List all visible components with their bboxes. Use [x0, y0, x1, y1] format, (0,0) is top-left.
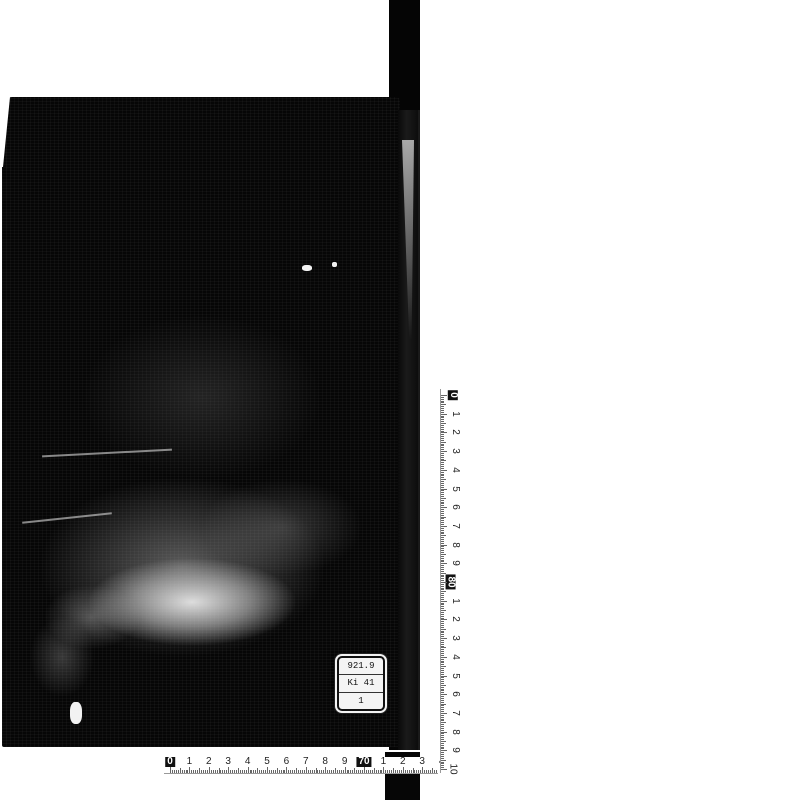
ruler-tick — [356, 770, 357, 773]
ruler-tick — [441, 445, 444, 446]
ruler-tick — [424, 770, 425, 773]
ruler-tick — [250, 770, 251, 773]
ruler-tick — [441, 453, 444, 454]
ruler-tick — [441, 601, 447, 602]
ruler-tick — [180, 768, 181, 773]
ruler-number: 7 — [450, 710, 460, 716]
ruler-tick — [441, 580, 444, 581]
ruler-tick — [436, 770, 437, 773]
ruler-tick — [335, 768, 336, 773]
ruler-tick — [441, 719, 444, 720]
ruler-tick — [441, 567, 444, 568]
ruler-tick — [441, 444, 444, 445]
ruler-tick — [441, 496, 444, 497]
ruler-tick — [441, 767, 444, 768]
ruler-tick — [441, 556, 444, 557]
ruler-tick — [441, 676, 447, 677]
ruler-tick — [186, 770, 187, 773]
ruler-tick — [405, 770, 406, 773]
ruler-tick — [441, 737, 444, 738]
ruler-tick — [441, 552, 444, 553]
ruler-tick — [271, 770, 272, 773]
ruler-tick — [201, 770, 202, 773]
ruler-tick — [441, 449, 444, 450]
book-cover — [2, 97, 400, 747]
ruler-tick — [284, 770, 285, 773]
ruler-tick — [430, 770, 431, 773]
ruler-tick — [182, 770, 183, 773]
ruler-tick — [275, 770, 276, 773]
ruler-tick — [441, 475, 444, 476]
ruler-tick — [441, 589, 444, 590]
call-number-label: 921.9 Ki 41 1 — [337, 656, 385, 711]
ruler-tick — [441, 477, 444, 478]
ruler-tick — [337, 770, 338, 773]
ruler-tick — [203, 770, 204, 773]
ruler-number: 8 — [450, 729, 460, 735]
ruler-number: 10 — [447, 763, 457, 774]
ruler-tick — [441, 631, 444, 632]
ruler-tick — [441, 569, 444, 570]
ruler-tick — [213, 770, 214, 773]
ruler-tick — [441, 606, 444, 607]
ruler-tick — [441, 595, 444, 596]
ruler-tick — [441, 503, 444, 504]
ruler-tick — [441, 683, 444, 684]
ruler-tick — [441, 672, 444, 673]
ruler-tick — [341, 770, 342, 773]
ruler-tick — [308, 770, 309, 773]
ruler-tick — [360, 770, 361, 773]
ruler-tick — [441, 634, 444, 635]
ruler-number: 4 — [450, 654, 460, 660]
ruler-tick — [441, 670, 444, 671]
ruler-tick — [441, 664, 444, 665]
ruler-tick — [302, 770, 303, 773]
ruler-tick — [441, 479, 446, 480]
ruler-number: 6 — [284, 757, 290, 767]
ruler-tick — [279, 770, 280, 773]
ruler-tick — [376, 770, 377, 773]
ruler-tick — [441, 528, 444, 529]
ruler-tick — [441, 625, 444, 626]
ruler-tick — [339, 770, 340, 773]
ruler-tick — [191, 770, 192, 773]
ruler-number: 8 — [322, 757, 328, 767]
ruler-tick — [418, 770, 419, 773]
ruler-tick — [242, 770, 243, 773]
ruler-tick — [441, 582, 447, 583]
ruler-tick — [441, 597, 444, 598]
ruler-tick — [441, 674, 444, 675]
ruler-number: 4 — [450, 467, 460, 473]
ruler-tick — [215, 770, 216, 773]
ruler-tick — [441, 546, 444, 547]
ruler-tick — [441, 750, 447, 751]
ruler-tick — [199, 768, 200, 773]
label-line-volume: 1 — [339, 693, 383, 709]
ruler-tick — [441, 689, 444, 690]
ruler-tick — [174, 770, 175, 773]
ruler-tick — [441, 533, 444, 534]
ruler-tick — [288, 770, 289, 773]
ruler-tick — [441, 401, 444, 402]
ruler-number: 9 — [450, 748, 460, 754]
ruler-tick — [172, 770, 173, 773]
ruler-tick — [441, 720, 444, 721]
ruler-tick — [265, 770, 266, 773]
ruler-tick — [441, 502, 444, 503]
ruler-tick — [441, 653, 444, 654]
ruler-tick — [441, 490, 444, 491]
ruler-tick — [347, 770, 348, 773]
ruler-tick — [189, 767, 190, 773]
ruler-tick — [246, 770, 247, 773]
ruler-tick — [220, 770, 221, 773]
ruler-tick — [428, 770, 429, 773]
ruler-tick — [441, 520, 444, 521]
ruler-tick — [441, 436, 444, 437]
ruler-tick — [441, 481, 444, 482]
label-line-author: Ki 41 — [339, 675, 383, 692]
ruler-tick — [306, 767, 307, 773]
ruler-tick — [441, 457, 444, 458]
ruler-number: 1 — [450, 411, 460, 417]
ruler-tick — [441, 434, 444, 435]
ruler-tick — [323, 770, 324, 773]
ruler-tick — [441, 704, 446, 705]
ruler-tick — [441, 642, 444, 643]
ruler-tick — [441, 423, 446, 424]
ruler-tick — [253, 770, 254, 773]
ruler-tick — [441, 541, 444, 542]
ruler-number: 1 — [187, 757, 193, 767]
ruler-tick — [441, 662, 444, 663]
ruler-tick — [441, 573, 446, 574]
ruler-tick — [441, 702, 444, 703]
ruler-tick — [240, 770, 241, 773]
ruler-tick — [441, 404, 446, 405]
ruler-number: 5 — [450, 673, 460, 679]
ruler-tick — [441, 406, 444, 407]
ruler-tick — [441, 442, 446, 443]
ruler-tick — [441, 535, 446, 536]
ruler-tick — [432, 768, 433, 773]
ruler-tick — [283, 770, 284, 773]
ruler-tick — [441, 679, 444, 680]
ruler-tick — [273, 770, 274, 773]
ruler-tick — [441, 425, 444, 426]
ruler-tick — [170, 767, 171, 773]
ruler-tick — [381, 770, 382, 773]
ruler-tick — [195, 770, 196, 773]
ruler-tick — [441, 408, 444, 409]
ruler-tick — [441, 763, 444, 764]
ruler-tick — [441, 472, 444, 473]
ruler-tick — [441, 765, 444, 766]
ruler-tick — [385, 770, 386, 773]
ruler-tick — [228, 767, 229, 773]
ruler-tick — [441, 612, 444, 613]
ruler-tick — [319, 770, 320, 773]
ruler-tick — [441, 509, 444, 510]
ruler-number: 3 — [225, 757, 231, 767]
ruler-number: 6 — [450, 504, 460, 510]
ruler-tick — [257, 768, 258, 773]
ruler-tick — [441, 427, 444, 428]
ruler-tick — [383, 767, 384, 773]
ruler-tick — [441, 754, 444, 755]
ruler-tick — [441, 588, 444, 589]
ruler-number: 2 — [450, 617, 460, 623]
ruler-tick — [441, 640, 444, 641]
ruler-tick — [441, 487, 444, 488]
ruler-tick — [217, 770, 218, 773]
scan-image: 921.9 Ki 41 1 0123456789701234 012345678… — [0, 0, 800, 800]
ruler-tick — [441, 494, 444, 495]
ruler-tick — [441, 618, 444, 619]
ruler-tick — [441, 431, 444, 432]
ruler-tick — [333, 770, 334, 773]
ruler-tick — [281, 770, 282, 773]
ruler-tick — [409, 770, 410, 773]
ruler-tick — [366, 770, 367, 773]
ruler-tick — [441, 730, 444, 731]
ruler-tick — [441, 668, 444, 669]
ruler-tick — [441, 563, 447, 564]
ruler-number: 5 — [264, 757, 270, 767]
ruler-tick — [441, 651, 444, 652]
ruler-tick — [317, 770, 318, 773]
ruler-tick — [441, 655, 444, 656]
cover-wear — [2, 97, 400, 747]
ruler-tick — [441, 485, 444, 486]
ruler-tick — [441, 698, 444, 699]
ruler-tick — [219, 768, 220, 773]
ruler-tick — [209, 767, 210, 773]
ruler-tick — [395, 770, 396, 773]
ruler-tick — [290, 770, 291, 773]
ruler-tick — [350, 770, 351, 773]
ruler-tick — [441, 715, 444, 716]
ruler-tick — [441, 593, 444, 594]
ruler-tick — [261, 770, 262, 773]
ruler-tick — [343, 770, 344, 773]
ruler-tick — [441, 505, 444, 506]
ruler-tick — [441, 707, 444, 708]
ruler-tick — [205, 770, 206, 773]
ruler-tick — [441, 758, 444, 759]
ruler-tick — [441, 644, 444, 645]
ruler-tick — [176, 770, 177, 773]
ruler-tick — [441, 455, 444, 456]
ruler-tick — [441, 747, 444, 748]
ruler-tick — [259, 770, 260, 773]
ruler-tick — [393, 768, 394, 773]
ruler-tick — [296, 768, 297, 773]
ruler-tick — [441, 489, 447, 490]
ruler-tick — [441, 694, 447, 695]
ruler-tick — [441, 492, 444, 493]
ruler-tick — [389, 770, 390, 773]
ruler-tick — [441, 550, 444, 551]
ruler-number: 3 — [450, 448, 460, 454]
ruler-tick — [441, 468, 444, 469]
ruler-tick — [441, 500, 444, 501]
ruler-tick — [372, 770, 373, 773]
ruler-tick — [441, 571, 444, 572]
ruler-tick — [178, 770, 179, 773]
ruler-tick — [441, 733, 444, 734]
ruler-tick — [441, 474, 444, 475]
ruler-number: 8 — [450, 542, 460, 548]
ruler-tick — [441, 591, 446, 592]
ruler-tick — [411, 770, 412, 773]
ruler-tick — [370, 770, 371, 773]
ruler-tick — [441, 700, 444, 701]
ruler-tick — [244, 770, 245, 773]
ruler-tick — [441, 677, 444, 678]
ruler-tick — [441, 498, 446, 499]
ruler-tick — [327, 770, 328, 773]
ruler-number: 5 — [450, 486, 460, 492]
ruler-tick — [441, 709, 444, 710]
ruler-tick — [263, 770, 264, 773]
ruler-tick — [441, 732, 447, 733]
ruler-tick — [441, 524, 444, 525]
ruler-tick — [441, 530, 444, 531]
ruler-tick — [325, 767, 326, 773]
ruler-tick — [441, 438, 444, 439]
ruler-tick — [314, 770, 315, 773]
ruler-tick — [391, 770, 392, 773]
ruler-tick — [441, 421, 444, 422]
ruler-tick — [441, 685, 446, 686]
ruler-number: 7 — [450, 523, 460, 529]
ruler-tick — [441, 402, 444, 403]
ruler-tick — [434, 770, 435, 773]
ruler-tick — [441, 578, 444, 579]
ruler-number: 0 — [448, 390, 458, 400]
ruler-tick — [441, 616, 444, 617]
ruler-tick — [414, 770, 415, 773]
ruler-tick — [312, 770, 313, 773]
ruler-number: 9 — [450, 561, 460, 567]
ruler-tick — [420, 770, 421, 773]
ruler-tick — [441, 397, 444, 398]
ruler-tick — [441, 627, 444, 628]
ruler-tick — [441, 511, 444, 512]
ruler-tick — [248, 767, 249, 773]
ruler-tick — [441, 419, 444, 420]
ruler-tick — [441, 756, 444, 757]
ruler-tick — [238, 768, 239, 773]
ruler-number: 3 — [450, 635, 460, 641]
ruler-tick — [286, 767, 287, 773]
ruler-tick — [422, 767, 423, 773]
ruler-tick — [441, 429, 444, 430]
ruler-number: 70 — [356, 757, 371, 767]
ruler-tick — [441, 724, 444, 725]
ruler-tick — [441, 604, 444, 605]
ruler-tick — [441, 464, 444, 465]
ruler-tick — [441, 762, 444, 763]
ruler-tick — [226, 770, 227, 773]
ruler-tick — [441, 517, 446, 518]
ruler-tick — [232, 770, 233, 773]
ruler-tick — [441, 414, 447, 415]
ruler-tick — [294, 770, 295, 773]
ruler-number: 6 — [450, 691, 460, 697]
label-line-classification: 921.9 — [339, 658, 383, 675]
ruler-number: 4 — [245, 757, 251, 767]
ruler-tick — [441, 741, 446, 742]
ruler-tick — [224, 770, 225, 773]
ruler-number: 2 — [400, 757, 406, 767]
ruler-tick — [234, 770, 235, 773]
ruler-tick — [441, 760, 446, 761]
ruler-tick — [441, 395, 447, 396]
ruler-tick — [441, 554, 446, 555]
ruler-tick — [441, 603, 444, 604]
ruler-tick — [441, 576, 444, 577]
ruler-tick — [441, 610, 446, 611]
ruler-tick — [441, 629, 446, 630]
ruler-tick — [441, 470, 447, 471]
ruler-tick — [321, 770, 322, 773]
ruler-tick — [441, 621, 444, 622]
ruler-tick — [399, 770, 400, 773]
ruler-tick — [441, 717, 444, 718]
ruler-tick — [348, 770, 349, 773]
ruler-tick — [441, 735, 444, 736]
ruler-tick — [358, 770, 359, 773]
ruler-tick — [374, 768, 375, 773]
ruler-tick — [441, 696, 444, 697]
ruler-tick — [441, 440, 444, 441]
ruler-tick — [441, 743, 444, 744]
ruler-tick — [441, 447, 444, 448]
ruler-tick — [441, 548, 444, 549]
ruler-number: 0 — [165, 757, 175, 767]
ruler-number: 1 — [381, 757, 387, 767]
ruler-tick — [441, 532, 444, 533]
ruler-number: 7 — [303, 757, 309, 767]
ruler-tick — [441, 462, 444, 463]
ruler-tick — [441, 745, 444, 746]
ruler-tick — [378, 770, 379, 773]
ruler-tick — [441, 705, 444, 706]
ruler-tick — [441, 681, 444, 682]
ruler-tick — [441, 661, 444, 662]
ruler-tick — [441, 649, 444, 650]
ruler-tick — [329, 770, 330, 773]
ruler-tick — [251, 770, 252, 773]
ruler-tick — [441, 545, 447, 546]
ruler-tick — [352, 770, 353, 773]
ruler-tick — [401, 770, 402, 773]
ruler-tick — [236, 770, 237, 773]
ruler-tick — [416, 770, 417, 773]
ruler-tick — [441, 432, 447, 433]
ruler-tick — [207, 770, 208, 773]
ruler-tick — [403, 767, 404, 773]
ruler-number: 3 — [419, 757, 425, 767]
ruler-tick — [441, 748, 444, 749]
ruler-tick — [362, 770, 363, 773]
ruler-tick — [222, 770, 223, 773]
ruler-tick — [441, 451, 447, 452]
